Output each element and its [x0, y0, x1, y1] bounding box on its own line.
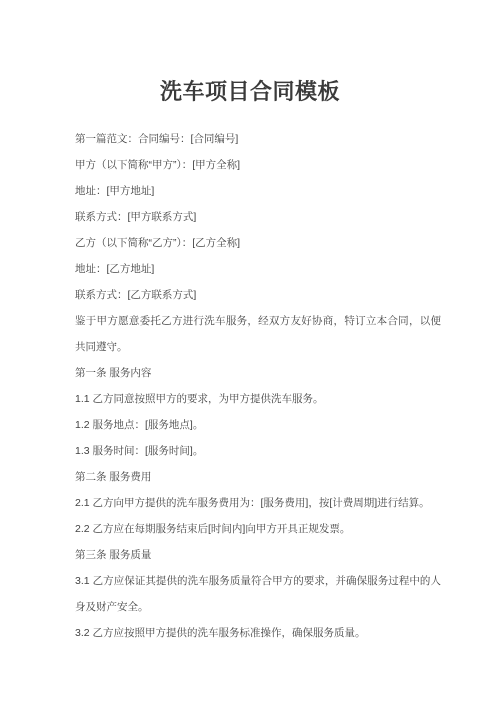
- heading-article-3: 第三条 服务质量: [75, 542, 441, 568]
- paragraph-contract-number: 第一篇范文：合同编号：[合同编号]: [75, 126, 441, 152]
- paragraph-party-b-contact: 联系方式：[乙方联系方式]: [75, 282, 441, 308]
- clause-2-2: 2.2 乙方应在每期服务结束后[时间内]向甲方开具正规发票。: [75, 516, 441, 542]
- clause-2-1: 2.1 乙方向甲方提供的洗车服务费用为：[服务费用]，按[计费周期]进行结算。: [75, 490, 441, 516]
- clause-1-3: 1.3 服务时间：[服务时间]。: [75, 438, 441, 464]
- clause-3-2: 3.2 乙方应按照甲方提供的洗车服务标准操作，确保服务质量。: [75, 620, 441, 646]
- paragraph-party-a-address: 地址：[甲方地址]: [75, 178, 441, 204]
- paragraph-party-a-contact: 联系方式：[甲方联系方式]: [75, 204, 441, 230]
- paragraph-party-b: 乙方（以下简称“乙方”）：[乙方全称]: [75, 230, 441, 256]
- clause-1-1: 1.1 乙方同意按照甲方的要求，为甲方提供洗车服务。: [75, 386, 441, 412]
- document-body: 第一篇范文：合同编号：[合同编号] 甲方（以下简称“甲方”）：[甲方全称] 地址…: [75, 126, 441, 646]
- heading-article-2: 第二条 服务费用: [75, 464, 441, 490]
- clause-3-1: 3.1 乙方应保证其提供的洗车服务质量符合甲方的要求，并确保服务过程中的人身及财…: [75, 568, 441, 620]
- heading-article-1: 第一条 服务内容: [75, 360, 441, 386]
- paragraph-party-b-address: 地址：[乙方地址]: [75, 256, 441, 282]
- paragraph-party-a: 甲方（以下简称“甲方”）：[甲方全称]: [75, 152, 441, 178]
- document-title: 洗车项目合同模板: [0, 0, 500, 108]
- clause-1-2: 1.2 服务地点：[服务地点]。: [75, 412, 441, 438]
- paragraph-preamble: 鉴于甲方愿意委托乙方进行洗车服务，经双方友好协商，特订立本合同，以便共同遵守。: [75, 308, 441, 360]
- contract-document-page: 洗车项目合同模板 第一篇范文：合同编号：[合同编号] 甲方（以下简称“甲方”）：…: [0, 0, 500, 707]
